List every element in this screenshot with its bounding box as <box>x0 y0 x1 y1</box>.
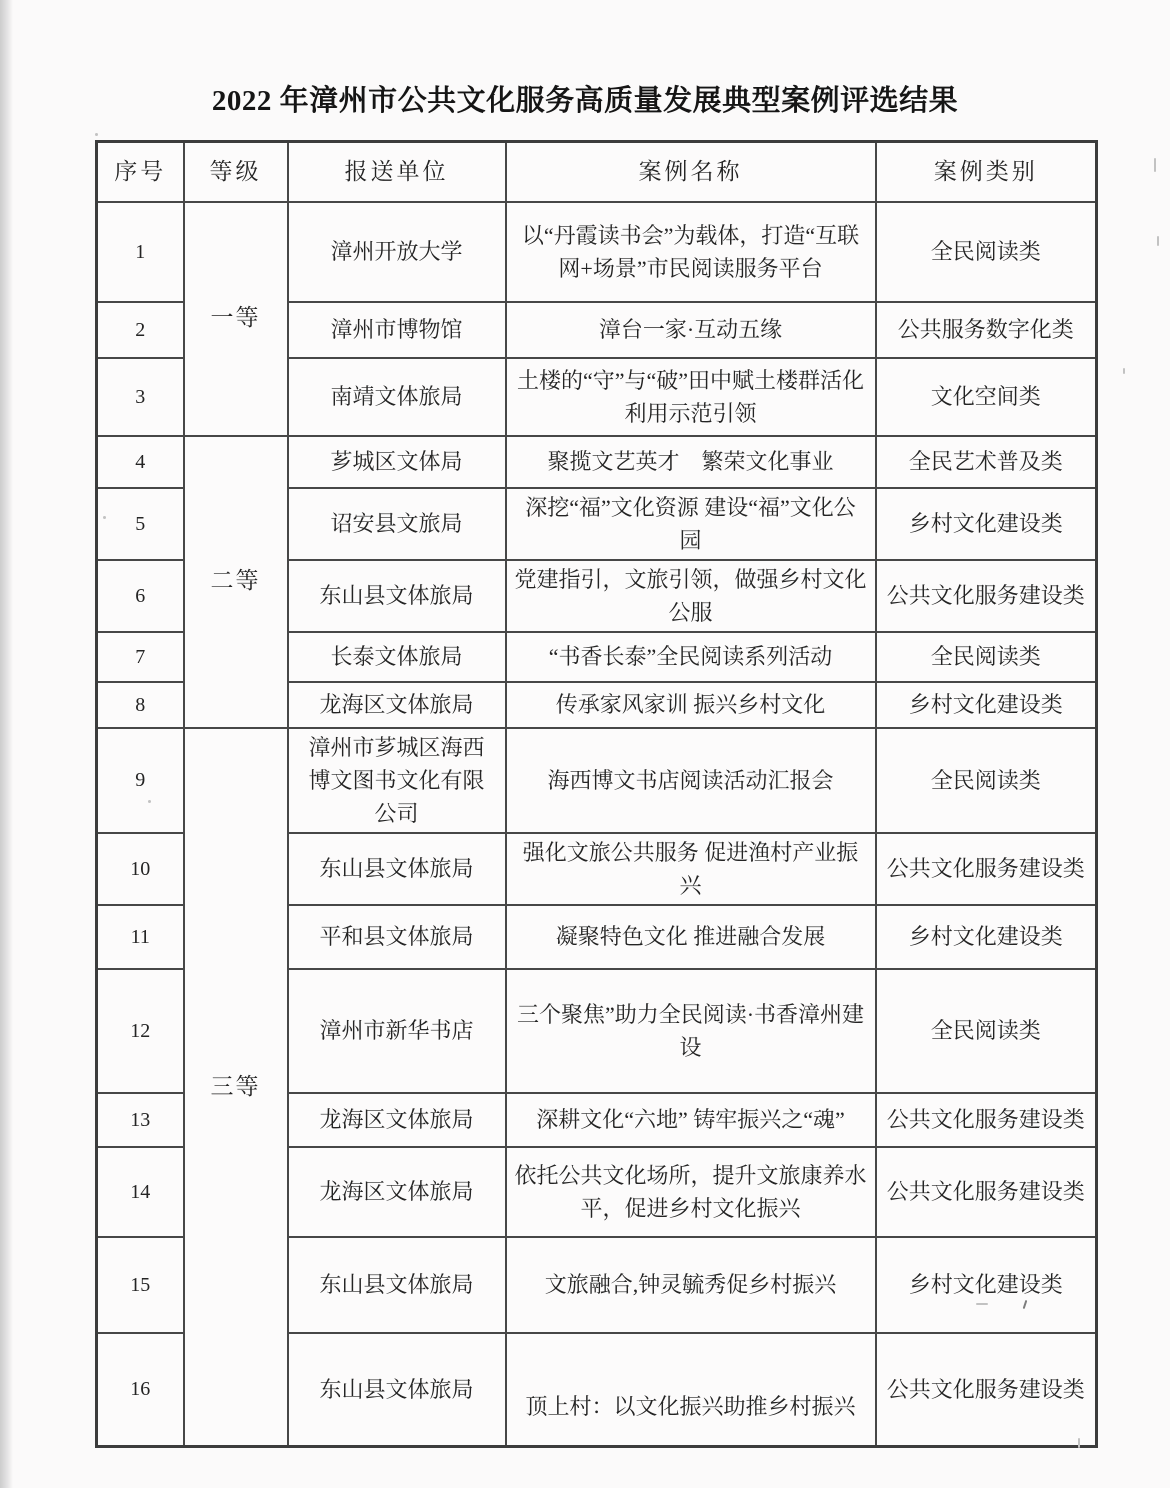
cell-unit: 东山县文体旅局 <box>288 1333 506 1447</box>
cell-unit: 芗城区文体局 <box>288 436 506 488</box>
cell-case: 聚揽文艺英才 繁荣文化事业 <box>506 436 876 488</box>
cell-no: 2 <box>97 302 184 358</box>
cell-unit: 平和县文体旅局 <box>288 905 506 969</box>
cell-category: 公共文化服务建设类 <box>876 1333 1097 1447</box>
col-header-case: 案例名称 <box>506 142 876 202</box>
cell-category: 乡村文化建设类 <box>876 488 1097 560</box>
cell-case: “书香长泰”全民阅读系列活动 <box>506 632 876 682</box>
cell-unit: 东山县文体旅局 <box>288 1237 506 1333</box>
cell-category: 全民阅读类 <box>876 969 1097 1093</box>
cell-no: 5 <box>97 488 184 560</box>
scanned-document-page: 2022 年漳州市公共文化服务高质量发展典型案例评选结果 序号 等级 报送单位 … <box>0 0 1170 1488</box>
cell-case: 凝聚特色文化 推进融合发展 <box>506 905 876 969</box>
col-header-category: 案例类别 <box>876 142 1097 202</box>
cell-no: 1 <box>97 202 184 302</box>
cell-grade-first: 一等 <box>184 202 288 436</box>
col-header-grade: 等级 <box>184 142 288 202</box>
cell-case: 三个聚焦”助力全民阅读·书香漳州建设 <box>506 969 876 1093</box>
cell-grade-second: 二等 <box>184 436 288 728</box>
scan-edge-strip <box>0 0 13 1488</box>
cell-category: 乡村文化建设类 <box>876 1237 1097 1333</box>
cell-category: 公共文化服务建设类 <box>876 560 1097 632</box>
cell-no: 7 <box>97 632 184 682</box>
cell-case: 土楼的“守”与“破”田中赋土楼群活化利用示范引领 <box>506 358 876 436</box>
header-row: 序号 等级 报送单位 案例名称 案例类别 <box>97 142 1097 202</box>
cell-no: 10 <box>97 833 184 905</box>
col-header-unit: 报送单位 <box>288 142 506 202</box>
cell-no: 8 <box>97 682 184 728</box>
cell-category: 公共服务数字化类 <box>876 302 1097 358</box>
cell-case: 强化文旅公共服务 促进渔村产业振兴 <box>506 833 876 905</box>
cell-case: 漳台一家·互动五缘 <box>506 302 876 358</box>
cell-category: 全民阅读类 <box>876 632 1097 682</box>
cell-no: 15 <box>97 1237 184 1333</box>
cell-case: 传承家风家训 振兴乡村文化 <box>506 682 876 728</box>
cell-no: 12 <box>97 969 184 1093</box>
cell-no: 4 <box>97 436 184 488</box>
cell-unit: 诏安县文旅局 <box>288 488 506 560</box>
cell-category: 乡村文化建设类 <box>876 905 1097 969</box>
scan-speck <box>148 800 151 803</box>
cell-no: 13 <box>97 1093 184 1147</box>
cell-no: 6 <box>97 560 184 632</box>
cell-unit: 龙海区文体旅局 <box>288 1093 506 1147</box>
cell-unit: 南靖文体旅局 <box>288 358 506 436</box>
cell-category: 公共文化服务建设类 <box>876 1093 1097 1147</box>
cell-no: 9 <box>97 728 184 833</box>
cell-case: 深挖“福”文化资源 建设“福”文化公园 <box>506 488 876 560</box>
col-header-no: 序号 <box>97 142 184 202</box>
results-table: 序号 等级 报送单位 案例名称 案例类别 1 一等 漳州开放大学 以“丹霞读书会… <box>95 140 1098 1448</box>
scan-speck <box>1123 368 1125 374</box>
cell-case: 以“丹霞读书会”为载体，打造“互联网+场景”市民阅读服务平台 <box>506 202 876 302</box>
cell-unit: 龙海区文体旅局 <box>288 1147 506 1237</box>
cell-case: 深耕文化“六地” 铸牢振兴之“魂” <box>506 1093 876 1147</box>
cell-category: 全民阅读类 <box>876 202 1097 302</box>
page-title: 2022 年漳州市公共文化服务高质量发展典型案例评选结果 <box>0 0 1170 119</box>
cell-unit: 东山县文体旅局 <box>288 833 506 905</box>
cell-case: 海西博文书店阅读活动汇报会 <box>506 728 876 833</box>
cell-case: 顶上村：以文化振兴助推乡村振兴 <box>506 1333 876 1447</box>
cell-category: 全民艺术普及类 <box>876 436 1097 488</box>
table-row: 1 一等 漳州开放大学 以“丹霞读书会”为载体，打造“互联网+场景”市民阅读服务… <box>97 202 1097 302</box>
scan-speck <box>103 516 106 519</box>
cell-no: 11 <box>97 905 184 969</box>
cell-no: 3 <box>97 358 184 436</box>
scan-speck <box>1074 1385 1077 1388</box>
cell-category: 全民阅读类 <box>876 728 1097 833</box>
cell-category: 文化空间类 <box>876 358 1097 436</box>
table-row: 9 三等 漳州市芗城区海西博文图书文化有限公司 海西博文书店阅读活动汇报会 全民… <box>97 728 1097 833</box>
cell-unit: 漳州市芗城区海西博文图书文化有限公司 <box>288 728 506 833</box>
cell-no: 14 <box>97 1147 184 1237</box>
scan-speck <box>95 133 98 136</box>
scan-speck <box>976 1303 988 1305</box>
cell-unit: 漳州市新华书店 <box>288 969 506 1093</box>
cell-category: 公共文化服务建设类 <box>876 833 1097 905</box>
cell-case: 依托公共文化场所，提升文旅康养水平，促进乡村文化振兴 <box>506 1147 876 1237</box>
table-row: 4 二等 芗城区文体局 聚揽文艺英才 繁荣文化事业 全民艺术普及类 <box>97 436 1097 488</box>
cell-category: 乡村文化建设类 <box>876 682 1097 728</box>
cell-grade-third: 三等 <box>184 728 288 1447</box>
cell-category: 公共文化服务建设类 <box>876 1147 1097 1237</box>
scan-speck <box>1154 158 1156 172</box>
cell-unit: 东山县文体旅局 <box>288 560 506 632</box>
cell-no: 16 <box>97 1333 184 1447</box>
cell-unit: 长泰文体旅局 <box>288 632 506 682</box>
scan-speck <box>1078 1438 1080 1448</box>
cell-unit: 漳州市博物馆 <box>288 302 506 358</box>
scan-speck <box>1157 236 1159 246</box>
cell-unit: 漳州开放大学 <box>288 202 506 302</box>
cell-case: 党建指引，文旅引领，做强乡村文化公服 <box>506 560 876 632</box>
cell-unit: 龙海区文体旅局 <box>288 682 506 728</box>
cell-case: 文旅融合,钟灵毓秀促乡村振兴 <box>506 1237 876 1333</box>
